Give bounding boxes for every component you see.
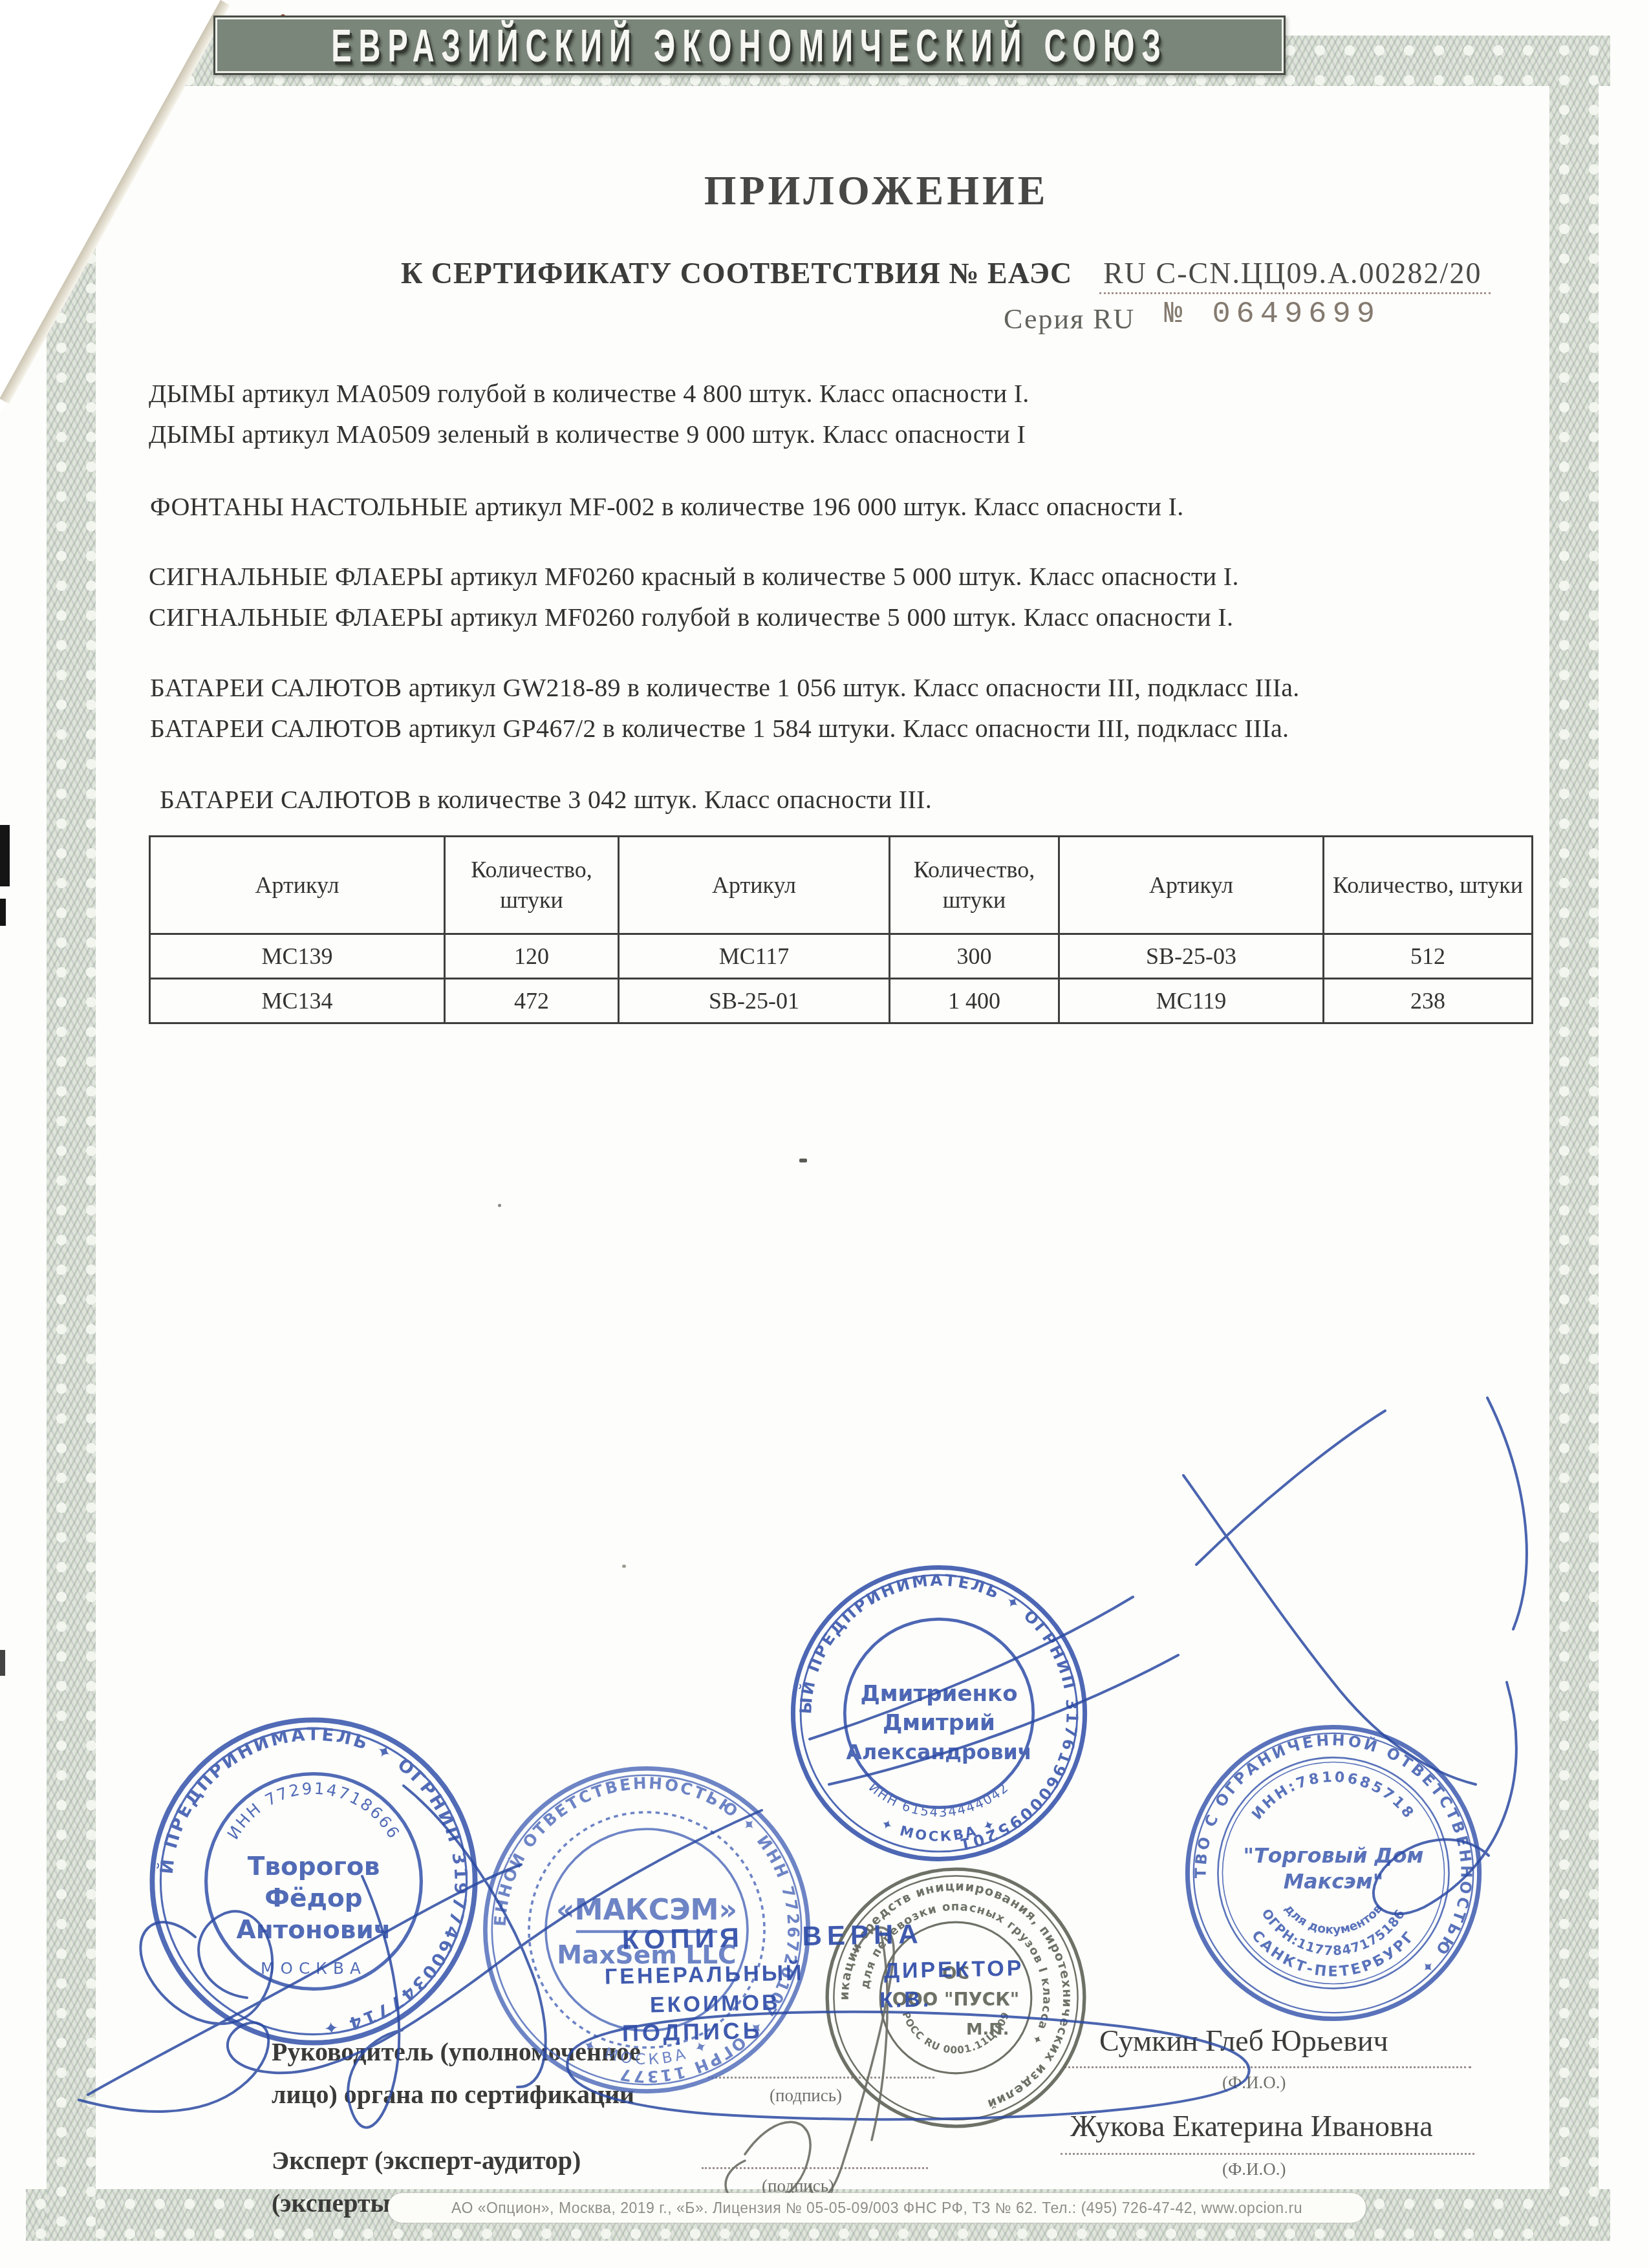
stamp-td-maksem: ✦ ОБЩЕСТВО С ОГРАНИЧЕННОЙ ОТВЕТСТВЕННОСТ… bbox=[1181, 1721, 1485, 2025]
fio-caption: (Ф.И.О.) bbox=[1222, 2073, 1286, 2093]
paragraph-batteries-gp: БАТАРЕИ САЛЮТОВ артикул GP467/2 в количе… bbox=[150, 713, 1289, 744]
stamp-city: МОСКВА bbox=[261, 1959, 367, 1978]
certificate-number: RU C-CN.ЦЦ09.А.00282/20 bbox=[1099, 257, 1491, 294]
stamp-name-line: Творогов bbox=[248, 1852, 380, 1881]
blank-number: № 0649699 bbox=[1164, 297, 1381, 332]
scan-edge-mark bbox=[0, 899, 6, 926]
stamp-name-line: Фёдор bbox=[264, 1884, 362, 1913]
border-band-right bbox=[1549, 36, 1599, 2241]
col-header-quantity-2: Количество, штуки bbox=[890, 837, 1059, 934]
stamp-name-line: Дмитрий bbox=[883, 1710, 995, 1736]
dust-speck bbox=[622, 1565, 626, 1568]
stamp-org-name: Максэм" bbox=[1284, 1870, 1384, 1894]
col-header-quantity-3: Количество, штуки bbox=[1324, 837, 1533, 934]
cell-article: SB-25-01 bbox=[619, 979, 890, 1023]
cell-article: МС134 bbox=[150, 979, 445, 1023]
paragraph-fountains: ФОНТАНЫ НАСТОЛЬНЫЕ артикул MF-002 в коли… bbox=[150, 491, 1184, 522]
copy-note-line1: КОПИЯ ВЕРНА bbox=[622, 1918, 923, 1956]
eaeu-banner: ЕВРАЗИЙСКИЙ ЭКОНОМИЧЕСКИЙ СОЮЗ bbox=[213, 16, 1286, 75]
stamp-docs-label: для документов bbox=[1282, 1902, 1386, 1937]
page-title: ПРИЛОЖЕНИЕ bbox=[103, 167, 1649, 215]
subtitle-prefix: К СЕРТИФИКАТУ СООТВЕТСТВИЯ № ЕАЭС bbox=[401, 257, 1072, 290]
stamp-dmitrienko: ИНДИВИДУАЛЬНЫЙ ПРЕДПРИНИМАТЕЛЬ ✦ ОГРНИП … bbox=[787, 1561, 1091, 1865]
goods-table: Артикул Количество, штуки Артикул Количе… bbox=[149, 835, 1533, 1024]
fio-line bbox=[1064, 2066, 1471, 2068]
signature-line bbox=[702, 2167, 928, 2169]
stamp-inn-text: ИНН:7810685718 bbox=[1249, 1769, 1418, 1823]
cell-quantity: 472 bbox=[445, 979, 619, 1023]
certificate-subtitle: К СЕРТИФИКАТУ СООТВЕТСТВИЯ № ЕАЭСRU C-CN… bbox=[401, 256, 1491, 290]
svg-text:ИНН:7810685718: ИНН:7810685718 bbox=[1249, 1769, 1418, 1823]
dust-speck bbox=[498, 1204, 501, 1207]
svg-text:ИНН 615434444042: ИНН 615434444042 bbox=[866, 1779, 1012, 1820]
svg-text:РОСС RU 0001.11ЦЦ09: РОСС RU 0001.11ЦЦ09 bbox=[900, 2010, 1011, 2056]
cell-article: МС117 bbox=[619, 934, 890, 979]
stamp-org-name: «МАКСЭМ» bbox=[556, 1894, 737, 1927]
fio-caption: (Ф.И.О.) bbox=[1222, 2159, 1286, 2179]
fio-line bbox=[1061, 2153, 1474, 2155]
certificate-page: ЕВРАЗИЙСКИЙ ЭКОНОМИЧЕСКИЙ СОЮЗ ПРИЛОЖЕНИ… bbox=[0, 0, 1649, 2268]
cell-quantity: 1 400 bbox=[890, 979, 1059, 1023]
svg-text:ИНН 772914718666: ИНН 772914718666 bbox=[223, 1779, 404, 1843]
cell-article: SB-25-03 bbox=[1059, 934, 1324, 979]
cell-quantity: 120 bbox=[445, 934, 619, 979]
stamp-name-line: Антонович bbox=[236, 1916, 391, 1945]
cell-article: МС139 bbox=[150, 934, 445, 979]
paragraph-smoke-blue: ДЫМЫ артикул МА0509 голубой в количестве… bbox=[149, 378, 1029, 409]
copy-note-line4: ПОДПИСЬ bbox=[622, 2017, 764, 2048]
col-header-article-1: Артикул bbox=[150, 837, 445, 934]
col-header-article-3: Артикул bbox=[1059, 837, 1324, 934]
dust-speck bbox=[799, 1159, 807, 1162]
eaeu-banner-title: ЕВРАЗИЙСКИЙ ЭКОНОМИЧЕСКИЙ СОЮЗ bbox=[331, 19, 1168, 72]
scan-edge-mark bbox=[0, 1650, 5, 1676]
col-header-article-2: Артикул bbox=[619, 837, 890, 934]
paragraph-batteries-gw: БАТАРЕИ САЛЮТОВ артикул GW218-89 в колич… bbox=[150, 672, 1300, 703]
table-header-row: Артикул Количество, штуки Артикул Количе… bbox=[150, 837, 1533, 934]
series-label: Серия RU bbox=[1004, 303, 1135, 336]
printer-imprint-text: АО «Опцион», Москва, 2019 г., «Б». Лицен… bbox=[451, 2199, 1302, 2217]
cell-quantity: 512 bbox=[1324, 934, 1533, 979]
col-header-quantity-1: Количество, штуки bbox=[445, 837, 619, 934]
cell-article: МС119 bbox=[1059, 979, 1324, 1023]
border-band-left bbox=[47, 36, 96, 2241]
stamp-name-line: Александрович bbox=[846, 1741, 1031, 1764]
paragraph-batteries-sum: БАТАРЕИ САЛЮТОВ в количестве 3 042 штук.… bbox=[160, 784, 932, 815]
printer-imprint: АО «Опцион», Москва, 2019 г., «Б». Лицен… bbox=[388, 2193, 1366, 2223]
table-row: МС134 472 SB-25-01 1 400 МС119 238 bbox=[150, 979, 1533, 1023]
stamp-name-line: Дмитриенко bbox=[860, 1681, 1017, 1707]
stamp-inn-text: ИНН 772914718666 bbox=[223, 1779, 404, 1843]
stamp-org-name: "Торговый Дом bbox=[1243, 1845, 1423, 1868]
paragraph-flares-blue: СИГНАЛЬНЫЕ ФЛАЕРЫ артикул MF0260 голубой… bbox=[149, 602, 1233, 632]
fio-name-head: Сумкин Глеб Юрьевич bbox=[1099, 2024, 1388, 2058]
expert-role-line1: Эксперт (эксперт-аудитор) bbox=[272, 2145, 581, 2176]
cell-quantity: 238 bbox=[1324, 979, 1533, 1023]
cell-quantity: 300 bbox=[890, 934, 1059, 979]
stamp-inn-text: ИНН 615434444042 bbox=[866, 1779, 1012, 1820]
paragraph-smoke-green: ДЫМЫ артикул МА0509 зеленый в количестве… bbox=[149, 419, 1026, 449]
paragraph-flares-red: СИГНАЛЬНЫЕ ФЛАЕРЫ артикул MF0260 красный… bbox=[149, 561, 1239, 592]
stamp-tvorogov: ИНДИВИДУАЛЬНЫЙ ПРЕДПРИНИМАТЕЛЬ ✦ ОГРНИП … bbox=[145, 1713, 482, 2049]
svg-text:для документов: для документов bbox=[1282, 1902, 1386, 1937]
scan-edge-mark bbox=[0, 825, 10, 886]
table-row: МС139 120 МС117 300 SB-25-03 512 bbox=[150, 934, 1533, 979]
stamp-ross-number: РОСС RU 0001.11ЦЦ09 bbox=[900, 2010, 1011, 2056]
fio-name-expert: Жукова Екатерина Ивановна bbox=[1070, 2109, 1433, 2143]
